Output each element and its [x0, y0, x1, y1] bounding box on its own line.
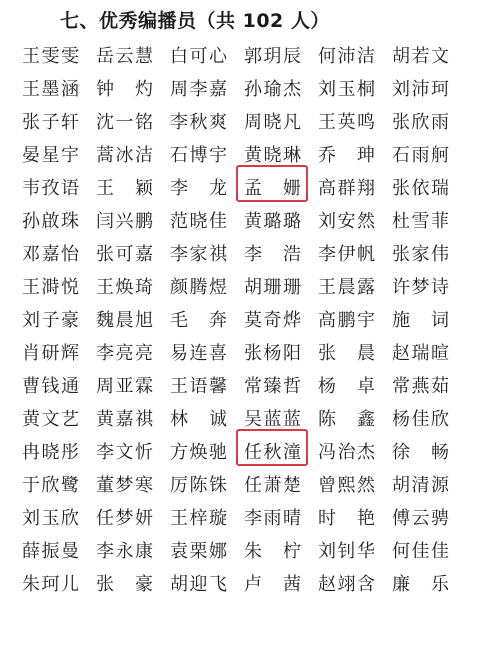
name-text: 刘沛珂: [392, 75, 450, 101]
name-entry: 刘钊华: [318, 537, 392, 563]
name-entry: 周晓凡: [244, 108, 318, 134]
name-text: 白可心: [170, 42, 228, 68]
name-text: 钟 灼: [96, 75, 154, 101]
name-text: 李 浩: [244, 240, 302, 266]
name-entry: 刘沛珂: [392, 75, 466, 101]
name-text: 胡珊珊: [244, 273, 302, 299]
name-text: 胡迎飞: [170, 570, 228, 596]
name-text: 王梓璇: [170, 504, 228, 530]
name-text: 岳云慧: [96, 42, 154, 68]
name-text: 李亮亮: [96, 339, 154, 365]
name-text: 李秋爽: [170, 108, 228, 134]
name-row: 薛振曼李永康袁栗娜朱 柠刘钊华何佳佳: [22, 533, 462, 566]
name-text: 张子轩: [22, 108, 80, 134]
name-text: 晏星宇: [22, 141, 80, 167]
name-entry: 刘子豪: [22, 306, 96, 332]
name-entry: 王 颖: [96, 174, 170, 200]
name-text: 王语馨: [170, 372, 228, 398]
name-entry: 孙瑜杰: [244, 75, 318, 101]
name-entry: 王语馨: [170, 372, 244, 398]
name-entry: 乔 珅: [318, 141, 392, 167]
name-entry: 刘玉桐: [318, 75, 392, 101]
name-entry: 朱珂儿: [22, 570, 96, 596]
name-entry: 胡若文: [392, 42, 466, 68]
name-entry: 李永康: [96, 537, 170, 563]
name-entry: 周李嘉: [170, 75, 244, 101]
name-entry: 肖研辉: [22, 339, 96, 365]
name-text: 李伊帆: [318, 240, 376, 266]
name-entry: 林 诚: [170, 405, 244, 431]
name-entry: 任梦妍: [96, 504, 170, 530]
name-entry: 颜腾煜: [170, 273, 244, 299]
name-row: 王溡悦王焕琦颜腾煜胡珊珊王晨露许梦诗: [22, 269, 462, 302]
name-entry: 高群翔: [318, 174, 392, 200]
name-text: 孙瑜杰: [244, 75, 302, 101]
name-entry: 黄嘉祺: [96, 405, 170, 431]
name-entry: 赵翊含: [318, 570, 392, 596]
name-entry: 曾熙然: [318, 471, 392, 497]
name-text: 任萧楚: [244, 471, 302, 497]
name-text: 杨 卓: [318, 372, 376, 398]
name-text: 施 词: [392, 306, 450, 332]
name-text: 黄文艺: [22, 405, 80, 431]
name-entry: 李秋爽: [170, 108, 244, 134]
name-text: 张欣雨: [392, 108, 450, 134]
name-row: 孙啟珠闫兴鹏范晓佳黄璐璐刘安然杜雪菲: [22, 203, 462, 236]
name-entry: 李 龙: [170, 174, 244, 200]
name-entry: 易连喜: [170, 339, 244, 365]
name-entry: 毛 奔: [170, 306, 244, 332]
name-text: 任秋潼: [244, 438, 302, 464]
name-entry: 杜雪菲: [392, 207, 466, 233]
name-text: 常燕茹: [392, 372, 450, 398]
name-text: 刘玉桐: [318, 75, 376, 101]
name-text: 张 豪: [96, 570, 154, 596]
name-entry: 何佳佳: [392, 537, 466, 563]
name-entry: 韦孜语: [22, 174, 96, 200]
name-text: 刘安然: [318, 207, 376, 233]
name-entry: 张欣雨: [392, 108, 466, 134]
name-entry: 李 浩: [244, 240, 318, 266]
name-row: 刘子豪魏晨旭毛 奔莫奇烨高鹏宇施 词: [22, 302, 462, 335]
name-text: 黄嘉祺: [96, 405, 154, 431]
name-text: 石雨舸: [392, 141, 450, 167]
name-entry: 周亚霖: [96, 372, 170, 398]
name-text: 何佳佳: [392, 537, 450, 563]
name-text: 沈一铭: [96, 108, 154, 134]
name-entry: 常臻哲: [244, 372, 318, 398]
name-text: 王墨涵: [22, 75, 80, 101]
name-entry: 张家伟: [392, 240, 466, 266]
name-text: 毛 奔: [170, 306, 228, 332]
name-text: 赵瑞暄: [392, 339, 450, 365]
name-entry: 黄晓琳: [244, 141, 318, 167]
name-text: 刘子豪: [22, 306, 80, 332]
name-entry: 李雨晴: [244, 504, 318, 530]
name-text: 李雨晴: [244, 504, 302, 530]
highlighted-name: 孟 姗: [244, 174, 318, 200]
name-entry: 白可心: [170, 42, 244, 68]
name-entry: 闫兴鹏: [96, 207, 170, 233]
name-entry: 胡迎飞: [170, 570, 244, 596]
name-row: 张子轩沈一铭李秋爽周晓凡王英鸣张欣雨: [22, 104, 462, 137]
name-entry: 黄璐璐: [244, 207, 318, 233]
name-entry: 胡珊珊: [244, 273, 318, 299]
name-entry: 张子轩: [22, 108, 96, 134]
name-entry: 厉陈铢: [170, 471, 244, 497]
name-entry: 蒿冰洁: [96, 141, 170, 167]
name-text: 刘钊华: [318, 537, 376, 563]
name-entry: 袁栗娜: [170, 537, 244, 563]
name-text: 吴蓝蓝: [244, 405, 302, 431]
name-text: 蒿冰洁: [96, 141, 154, 167]
name-text: 黄晓琳: [244, 141, 302, 167]
name-entry: 王墨涵: [22, 75, 96, 101]
name-text: 胡清源: [392, 471, 450, 497]
name-entry: 常燕茹: [392, 372, 466, 398]
name-entry: 王梓璇: [170, 504, 244, 530]
name-text: 高鹏宇: [318, 306, 376, 332]
name-entry: 许梦诗: [392, 273, 466, 299]
name-text: 杜雪菲: [392, 207, 450, 233]
name-text: 易连喜: [170, 339, 228, 365]
name-text: 胡若文: [392, 42, 450, 68]
name-text: 邓嘉怡: [22, 240, 80, 266]
name-text: 石博宇: [170, 141, 228, 167]
name-entry: 张 豪: [96, 570, 170, 596]
name-row: 冉晓彤李文忻方焕驰任秋潼冯治杰徐 畅: [22, 434, 462, 467]
name-text: 闫兴鹏: [96, 207, 154, 233]
name-entry: 时 艳: [318, 504, 392, 530]
name-row: 朱珂儿张 豪胡迎飞卢 茜赵翊含廉 乐: [22, 566, 462, 599]
name-text: 任梦妍: [96, 504, 154, 530]
name-text: 孟 姗: [244, 174, 302, 200]
name-entry: 冯治杰: [318, 438, 392, 464]
name-text: 曾熙然: [318, 471, 376, 497]
name-text: 厉陈铢: [170, 471, 228, 497]
name-text: 许梦诗: [392, 273, 450, 299]
name-text: 周李嘉: [170, 75, 228, 101]
name-text: 王溡悦: [22, 273, 80, 299]
name-text: 何沛洁: [318, 42, 376, 68]
name-entry: 石雨舸: [392, 141, 466, 167]
name-entry: 杨 卓: [318, 372, 392, 398]
name-text: 王晨露: [318, 273, 376, 299]
name-entry: 胡清源: [392, 471, 466, 497]
name-text: 乔 珅: [318, 141, 376, 167]
name-text: 张依瑞: [392, 174, 450, 200]
name-entry: 王晨露: [318, 273, 392, 299]
name-entry: 冉晓彤: [22, 438, 96, 464]
name-text: 李家祺: [170, 240, 228, 266]
name-entry: 张依瑞: [392, 174, 466, 200]
name-entry: 石博宇: [170, 141, 244, 167]
name-entry: 李亮亮: [96, 339, 170, 365]
name-entry: 郭玥辰: [244, 42, 318, 68]
name-entry: 王焕琦: [96, 273, 170, 299]
name-entry: 何沛洁: [318, 42, 392, 68]
name-entry: 曹钱通: [22, 372, 96, 398]
name-entry: 杨佳欣: [392, 405, 466, 431]
name-text: 王英鸣: [318, 108, 376, 134]
name-entry: 李家祺: [170, 240, 244, 266]
name-entry: 王英鸣: [318, 108, 392, 134]
name-text: 陈 鑫: [318, 405, 376, 431]
name-entry: 莫奇烨: [244, 306, 318, 332]
name-text: 张家伟: [392, 240, 450, 266]
name-text: 高群翔: [318, 174, 376, 200]
name-row: 邓嘉怡张可嘉李家祺李 浩李伊帆张家伟: [22, 236, 462, 269]
name-row: 王雯雯岳云慧白可心郭玥辰何沛洁胡若文: [22, 38, 462, 71]
name-entry: 刘玉欣: [22, 504, 96, 530]
name-text: 于欣鹭: [22, 471, 80, 497]
name-entry: 岳云慧: [96, 42, 170, 68]
name-text: 孙啟珠: [22, 207, 80, 233]
name-entry: 施 词: [392, 306, 466, 332]
name-text: 范晓佳: [170, 207, 228, 233]
name-entry: 晏星宇: [22, 141, 96, 167]
name-row: 曹钱通周亚霖王语馨常臻哲杨 卓常燕茹: [22, 368, 462, 401]
name-entry: 钟 灼: [96, 75, 170, 101]
name-text: 周亚霖: [96, 372, 154, 398]
name-text: 李 龙: [170, 174, 228, 200]
name-text: 林 诚: [170, 405, 228, 431]
name-row: 于欣鹭董梦寒厉陈铢任萧楚曾熙然胡清源: [22, 467, 462, 500]
name-entry: 张可嘉: [96, 240, 170, 266]
name-entry: 王溡悦: [22, 273, 96, 299]
name-text: 曹钱通: [22, 372, 80, 398]
name-text: 傅云骋: [392, 504, 450, 530]
name-text: 方焕驰: [170, 438, 228, 464]
name-text: 王焕琦: [96, 273, 154, 299]
name-entry: 陈 鑫: [318, 405, 392, 431]
name-entry: 魏晨旭: [96, 306, 170, 332]
name-text: 卢 茜: [244, 570, 302, 596]
name-entry: 张 晨: [318, 339, 392, 365]
names-grid: 王雯雯岳云慧白可心郭玥辰何沛洁胡若文王墨涵钟 灼周李嘉孙瑜杰刘玉桐刘沛珂张子轩沈…: [22, 38, 462, 599]
name-entry: 吴蓝蓝: [244, 405, 318, 431]
highlighted-name: 任秋潼: [244, 438, 318, 464]
name-text: 魏晨旭: [96, 306, 154, 332]
name-entry: 薛振曼: [22, 537, 96, 563]
name-entry: 黄文艺: [22, 405, 96, 431]
name-entry: 范晓佳: [170, 207, 244, 233]
name-row: 刘玉欣任梦妍王梓璇李雨晴时 艳傅云骋: [22, 500, 462, 533]
name-row: 韦孜语王 颖李 龙孟 姗高群翔张依瑞: [22, 170, 462, 203]
name-entry: 方焕驰: [170, 438, 244, 464]
name-entry: 王雯雯: [22, 42, 96, 68]
name-entry: 廉 乐: [392, 570, 466, 596]
name-text: 颜腾煜: [170, 273, 228, 299]
name-text: 赵翊含: [318, 570, 376, 596]
name-text: 董梦寒: [96, 471, 154, 497]
name-text: 冯治杰: [318, 438, 376, 464]
name-row: 肖研辉李亮亮易连喜张杨阳张 晨赵瑞暄: [22, 335, 462, 368]
name-entry: 沈一铭: [96, 108, 170, 134]
name-text: 张可嘉: [96, 240, 154, 266]
name-entry: 朱 柠: [244, 537, 318, 563]
name-text: 袁栗娜: [170, 537, 228, 563]
name-text: 黄璐璐: [244, 207, 302, 233]
name-text: 王雯雯: [22, 42, 80, 68]
name-entry: 卢 茜: [244, 570, 318, 596]
name-entry: 李文忻: [96, 438, 170, 464]
name-text: 李文忻: [96, 438, 154, 464]
section-title: 七、优秀编播员（共 102 人）: [60, 6, 330, 33]
name-text: 徐 畅: [392, 438, 450, 464]
name-entry: 张杨阳: [244, 339, 318, 365]
name-row: 王墨涵钟 灼周李嘉孙瑜杰刘玉桐刘沛珂: [22, 71, 462, 104]
name-entry: 赵瑞暄: [392, 339, 466, 365]
name-text: 朱 柠: [244, 537, 302, 563]
name-entry: 孙啟珠: [22, 207, 96, 233]
name-text: 韦孜语: [22, 174, 80, 200]
name-text: 朱珂儿: [22, 570, 80, 596]
name-text: 肖研辉: [22, 339, 80, 365]
name-text: 刘玉欣: [22, 504, 80, 530]
name-entry: 任萧楚: [244, 471, 318, 497]
name-text: 杨佳欣: [392, 405, 450, 431]
name-text: 时 艳: [318, 504, 376, 530]
name-text: 常臻哲: [244, 372, 302, 398]
name-entry: 刘安然: [318, 207, 392, 233]
name-text: 莫奇烨: [244, 306, 302, 332]
name-entry: 高鹏宇: [318, 306, 392, 332]
name-entry: 邓嘉怡: [22, 240, 96, 266]
name-text: 周晓凡: [244, 108, 302, 134]
name-text: 郭玥辰: [244, 42, 302, 68]
name-text: 王 颖: [96, 174, 154, 200]
name-entry: 董梦寒: [96, 471, 170, 497]
name-text: 张杨阳: [244, 339, 302, 365]
name-text: 张 晨: [318, 339, 376, 365]
name-entry: 李伊帆: [318, 240, 392, 266]
name-text: 薛振曼: [22, 537, 80, 563]
name-entry: 傅云骋: [392, 504, 466, 530]
name-text: 廉 乐: [392, 570, 450, 596]
name-entry: 于欣鹭: [22, 471, 96, 497]
name-entry: 徐 畅: [392, 438, 466, 464]
name-text: 李永康: [96, 537, 154, 563]
name-text: 冉晓彤: [22, 438, 80, 464]
